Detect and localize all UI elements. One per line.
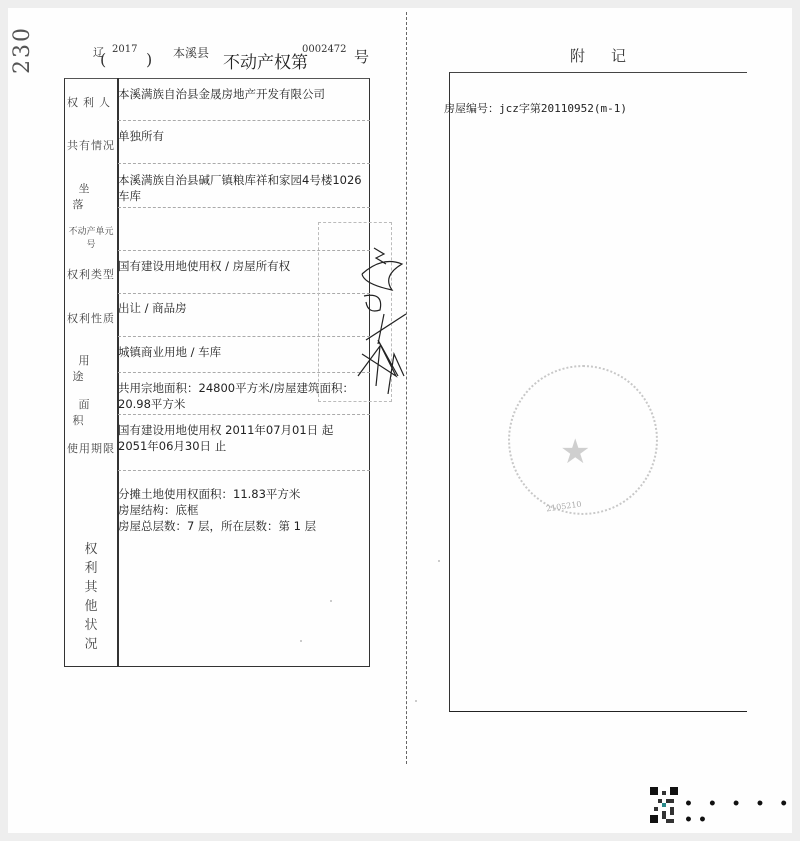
label-right-type: 权利类型 [66,266,116,282]
header-suffix: 号 [354,46,369,67]
label-owner: 权利人 [66,94,116,110]
scan-speck [438,560,440,562]
qr-code-icon[interactable] [650,786,678,824]
page-dots: • • • • • •• [684,796,800,828]
header-county: 本溪县 [173,44,209,61]
appendix-title: 附记 [570,45,652,66]
value-co-ownership: 单独所有 [118,128,358,144]
row-divider [118,207,370,208]
seal-star-icon: ★ [560,432,590,472]
label-other-status: 权利其他状况 [83,540,99,654]
value-location: 本溪满族自治县碱厂镇粮库祥和家园4号楼1026车库 [118,172,368,204]
row-divider [118,414,370,415]
row-divider [118,470,370,471]
label-location: 坐落 [66,180,116,212]
other-line: 房屋总层数：7 层，所在层数：第 1 层 [118,518,358,534]
scan-speck [415,700,417,702]
scan-speck [330,600,332,602]
label-area: 面积 [66,396,116,428]
header-title: 不动产权第 [223,48,308,73]
header-year: 2017 [112,44,137,55]
label-unit-number: 不动产单元号 [66,224,116,250]
house-number: 房屋编号：jcz字第20110952(m-1) [444,100,627,116]
label-co-ownership: 共有情况 [66,137,116,153]
signature-icon [354,244,414,394]
paren-open: ( [100,50,106,69]
value-owner: 本溪满族自治县金晟房地产开发有限公司 [118,86,358,102]
scan-speck [300,640,302,642]
value-term: 国有建设用地使用权 2011年07月01日 起 2051年06月30日 止 [118,422,358,454]
paren-close: ) [146,50,152,69]
row-divider [118,163,370,164]
header-number: 0002472 [302,44,347,55]
page-number: 230 [10,26,35,74]
label-usage: 用途 [66,352,116,384]
other-line: 分摊土地使用权面积：11.83平方米 [118,486,358,502]
other-line: 房屋结构：底框 [118,502,358,518]
label-term: 使用期限 [66,440,116,456]
fold-line [406,12,407,764]
row-divider [118,120,370,121]
label-right-nature: 权利性质 [66,310,116,326]
